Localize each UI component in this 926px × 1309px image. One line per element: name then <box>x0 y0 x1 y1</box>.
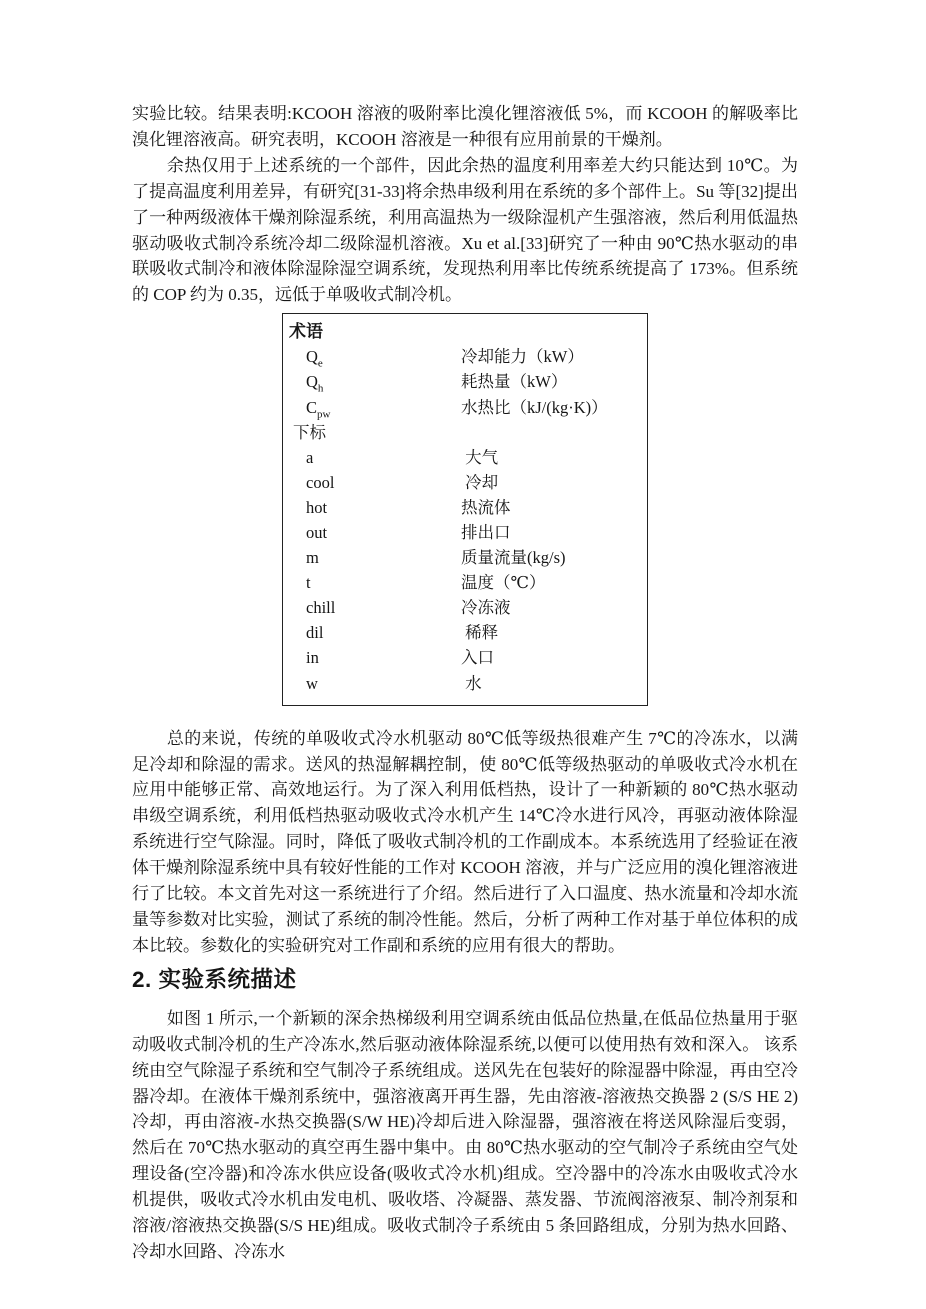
nomenclature-subscript-row: m 质量流量(kg/s) <box>306 545 639 570</box>
subscript-description: 温度（℃） <box>461 570 545 595</box>
nomenclature-symbol-row: Qe 冷却能力（kW） <box>306 344 639 369</box>
subscript-key: m <box>306 545 461 570</box>
subscript-key: out <box>306 520 461 545</box>
nomenclature-symbol-row: Cpw 水热比（kJ/(kg·K)） <box>306 395 639 420</box>
subscript-description: 冷冻液 <box>461 595 511 620</box>
section-heading: 2. 实验系统描述 <box>132 966 798 994</box>
paragraph-4: 如图 1 所示,一个新颖的深余热梯级利用空调系统由低品位热量,在低品位热量用于驱… <box>132 1006 798 1265</box>
nomenclature-subscript-row: hot 热流体 <box>306 495 639 520</box>
nomenclature-subscript-row: cool 冷却 <box>306 470 639 495</box>
symbol-qh: Qh <box>306 369 461 394</box>
symbol-qe: Qe <box>306 344 461 369</box>
paragraph-3: 总的来说，传统的单吸收式冷水机驱动 80℃低等级热很难产生 7℃的冷冻水，以满足… <box>132 726 798 959</box>
nomenclature-symbol-row: Qh 耗热量（kW） <box>306 369 639 394</box>
nomenclature-subscript-row: in 入口 <box>306 645 639 670</box>
symbol-description: 耗热量（kW） <box>461 369 567 394</box>
symbol-cpw: Cpw <box>306 395 461 420</box>
subscript-description: 水 <box>461 671 482 696</box>
nomenclature-subscript-row: a 大气 <box>306 445 639 470</box>
symbol-description: 冷却能力（kW） <box>461 344 584 369</box>
nomenclature-title: 术语 <box>289 319 639 344</box>
symbol-description: 水热比（kJ/(kg·K)） <box>461 395 608 420</box>
subscript-key: in <box>306 645 461 670</box>
symbol-subscript: h <box>318 383 324 395</box>
nomenclature-subscript-row: t 温度（℃） <box>306 570 639 595</box>
symbol-subscript: pw <box>317 408 330 420</box>
symbol-subscript: e <box>318 358 323 370</box>
nomenclature-subscript-row: dil 稀释 <box>306 620 639 645</box>
nomenclature-box: 术语 Qe 冷却能力（kW） Qh 耗热量（kW） Cpw 水热比（kJ/(kg… <box>282 313 648 705</box>
subscript-description: 排出口 <box>461 520 511 545</box>
subscript-key: dil <box>306 620 461 645</box>
subscript-description: 质量流量(kg/s) <box>461 545 566 570</box>
subscript-key: w <box>306 671 461 696</box>
paper-page: 实验比较。结果表明:KCOOH 溶液的吸附率比溴化锂溶液低 5%，而 KCOOH… <box>0 0 926 1309</box>
subscript-description: 热流体 <box>461 495 511 520</box>
nomenclature-subscript-row: w 水 <box>306 671 639 696</box>
subscript-key: chill <box>306 595 461 620</box>
nomenclature-subscript-row: chill 冷冻液 <box>306 595 639 620</box>
paragraph-1: 实验比较。结果表明:KCOOH 溶液的吸附率比溴化锂溶液低 5%，而 KCOOH… <box>132 101 798 153</box>
symbol-base: Q <box>306 347 318 366</box>
symbol-base: C <box>306 398 317 417</box>
subscript-description: 稀释 <box>461 620 498 645</box>
symbol-base: Q <box>306 372 318 391</box>
subscript-description: 大气 <box>461 445 498 470</box>
nomenclature-subscript-row: out 排出口 <box>306 520 639 545</box>
subscripts-header: 下标 <box>293 420 639 445</box>
subscript-description: 冷却 <box>461 470 498 495</box>
page-content: 实验比较。结果表明:KCOOH 溶液的吸附率比溴化锂溶液低 5%，而 KCOOH… <box>132 101 798 1265</box>
subscript-key: t <box>306 570 461 595</box>
subscript-key: cool <box>306 470 461 495</box>
subscript-key: hot <box>306 495 461 520</box>
subscript-key: a <box>306 445 461 470</box>
subscript-description: 入口 <box>461 645 494 670</box>
paragraph-2: 余热仅用于上述系统的一个部件，因此余热的温度利用率差大约只能达到 10℃。为了提… <box>132 153 798 308</box>
